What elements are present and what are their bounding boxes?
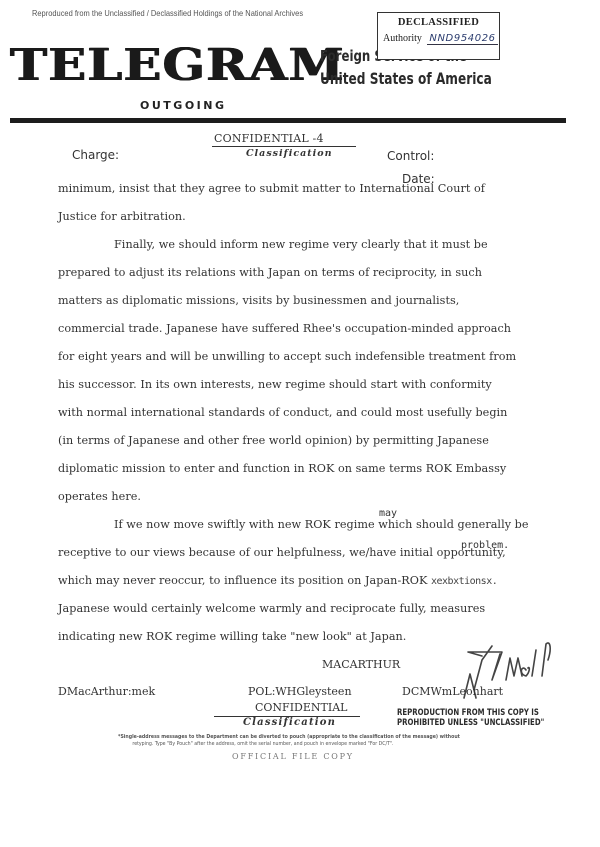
body-line: Finally, we should inform new regime ver… — [114, 238, 488, 251]
footnote-line-2: retyping. Type "By Pouch" after the addr… — [118, 741, 460, 748]
struck-word: xexbxtionsx. — [431, 576, 497, 587]
body-line: with normal international standards of c… — [58, 406, 507, 419]
classification-label-top: Classification — [246, 148, 333, 159]
approver: DCMWmLeonhart — [402, 685, 503, 698]
archive-reproduction-note: Reproduced from the Unclassified / Decla… — [32, 8, 303, 18]
body-line: minimum, insist that they agree to submi… — [58, 182, 485, 195]
body-line: Japanese would certainly welcome warmly … — [58, 602, 485, 615]
reproduction-warning-line-2: PROHIBITED UNLESS "UNCLASSIFIED" — [397, 719, 544, 729]
body-line: Justice for arbitration. — [58, 210, 186, 223]
stamp-title: DECLASSIFIED — [378, 17, 499, 28]
classification-label-bottom: Classification — [243, 717, 336, 728]
pouch-footnote: *Single-address messages to the Departme… — [118, 734, 460, 748]
stamp-authority: Authority NND954026 — [383, 33, 498, 45]
interlinear-insert-problem: problem. — [461, 540, 509, 551]
classification-value-bottom: CONFIDENTIAL — [255, 701, 347, 714]
body-line: commercial trade. Japanese have suffered… — [58, 322, 511, 335]
agency-line-2: United States of America — [320, 71, 492, 87]
body-line: operates here. — [58, 490, 141, 503]
body-line: (in terms of Japanese and other free wor… — [58, 434, 489, 447]
telegram-subtitle: OUTGOING — [140, 99, 227, 112]
body-line: receptive to our views because of our he… — [58, 546, 506, 559]
stamp-authority-value: NND954026 — [427, 33, 497, 45]
telegram-title: TELEGRAM — [10, 43, 345, 87]
body-line: If we now move swiftly with new ROK regi… — [114, 518, 529, 531]
charge-label: Charge: — [72, 148, 119, 162]
header-rule — [10, 118, 566, 123]
drafter: DMacArthur:mek — [58, 685, 155, 698]
stamp-authority-label: Authority — [383, 33, 422, 44]
control-label: Control: — [387, 149, 434, 163]
footnote-line-1: *Single-address messages to the Departme… — [118, 734, 460, 741]
signer-name: MACARTHUR — [322, 658, 400, 671]
reproduction-warning: REPRODUCTION FROM THIS COPY IS PROHIBITE… — [397, 709, 544, 729]
body-line: which may never reoccur, to influence it… — [58, 574, 497, 587]
body-line: for eight years and will be unwilling to… — [58, 350, 516, 363]
interlinear-insert-may: may — [379, 508, 397, 519]
official-file-copy: OFFICIAL FILE COPY — [232, 752, 354, 761]
body-line: indicating new ROK regime willing take "… — [58, 630, 406, 643]
declassified-stamp: DECLASSIFIED Authority NND954026 — [377, 12, 500, 60]
body-line: matters as diplomatic missions, visits b… — [58, 294, 459, 307]
body-line: prepared to adjust its relations with Ja… — [58, 266, 482, 279]
classification-rule-top — [212, 146, 356, 147]
body-line: diplomatic mission to enter and function… — [58, 462, 506, 475]
body-line: his successor. In its own interests, new… — [58, 378, 492, 391]
classification-value-top: CONFIDENTIAL -4 — [214, 132, 324, 145]
body-line-text: which may never reoccur, to influence it… — [58, 574, 431, 587]
clearance: POL:WHGleysteen — [248, 685, 352, 698]
